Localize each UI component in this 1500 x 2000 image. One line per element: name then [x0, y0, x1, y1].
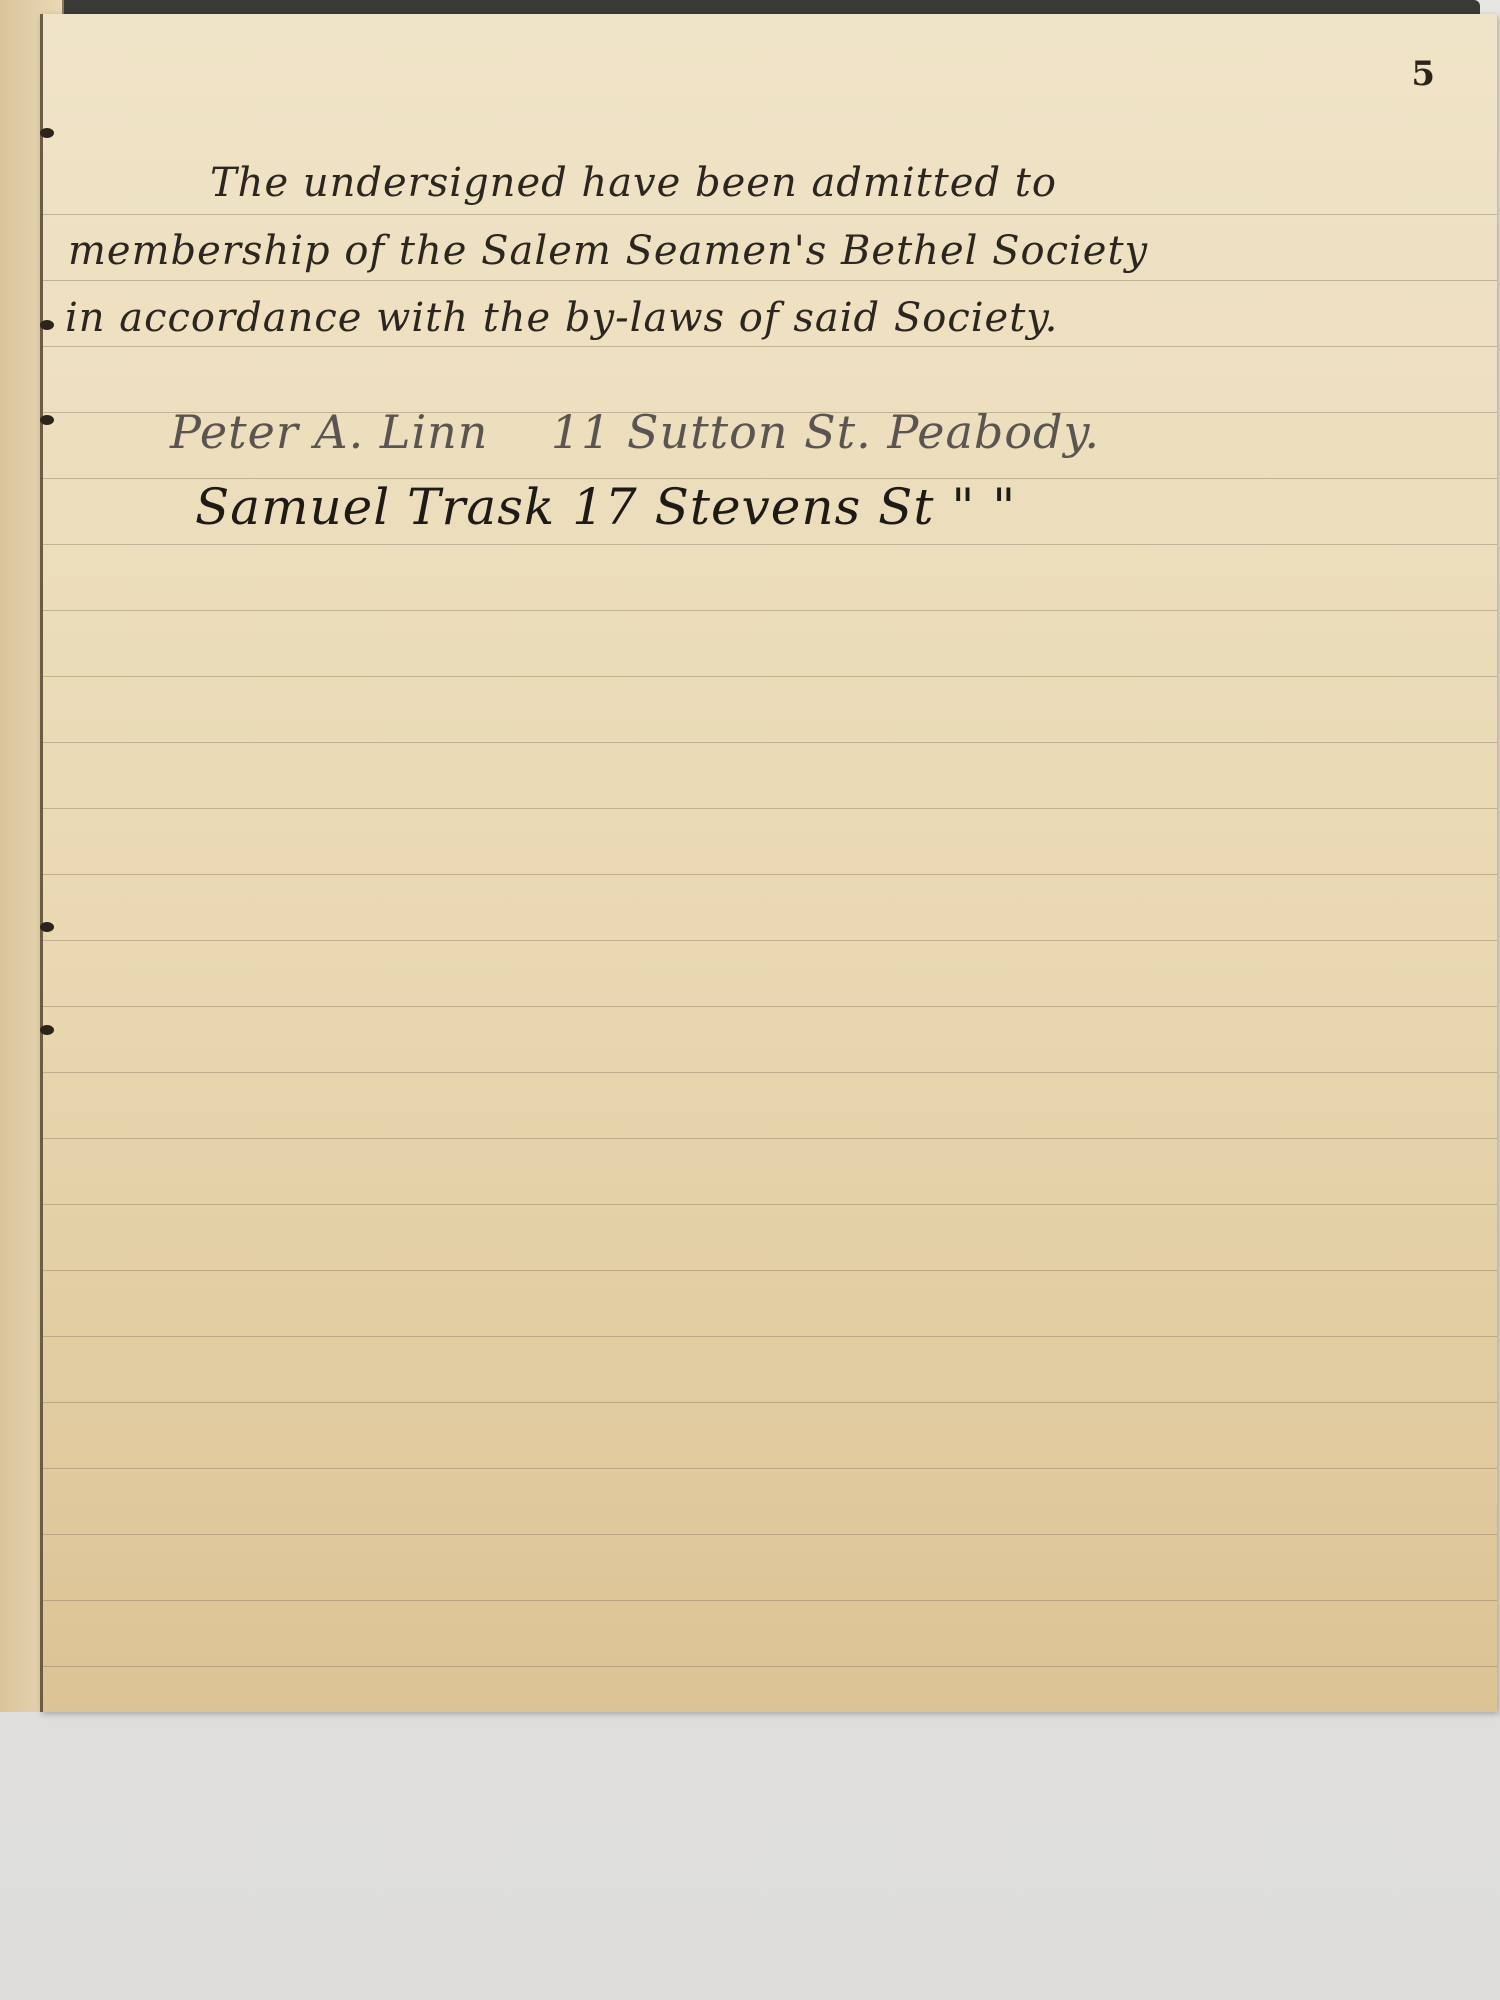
- ruled-line: [43, 1666, 1497, 1667]
- ruled-line: [43, 1468, 1497, 1469]
- preamble-line-1: The undersigned have been admitted to: [210, 160, 1057, 206]
- ruled-line: [43, 1138, 1497, 1139]
- ruled-line: [43, 1204, 1497, 1205]
- ruled-line: [43, 940, 1497, 941]
- ruled-line: [43, 544, 1497, 545]
- ruled-line: [43, 1600, 1497, 1601]
- ruled-line: [43, 610, 1497, 611]
- preamble-line-3: in accordance with the by-laws of said S…: [65, 295, 1058, 341]
- ruled-line: [43, 1534, 1497, 1535]
- ruled-line: [43, 346, 1497, 347]
- binding-stitch: [40, 415, 54, 425]
- member-entry-2: Samuel Trask 17 Stevens St " ": [195, 478, 1016, 536]
- binding-stitch: [40, 320, 54, 330]
- page-number: 5: [1411, 54, 1435, 94]
- ruled-line: [43, 808, 1497, 809]
- binding-stitch: [40, 128, 54, 138]
- binding-stitch: [40, 922, 54, 932]
- member-address: 17 Stevens St " ": [572, 478, 1016, 536]
- member-address: 11 Sutton St. Peabody.: [551, 405, 1100, 459]
- ruled-line: [43, 676, 1497, 677]
- preamble-line-2: membership of the Salem Seamen's Bethel …: [68, 228, 1148, 274]
- binding-stitch: [40, 1025, 54, 1035]
- ruled-line: [43, 1270, 1497, 1271]
- member-entry-1: Peter A. Linn 11 Sutton St. Peabody.: [170, 405, 1100, 459]
- ruled-line: [43, 742, 1497, 743]
- ruled-line: [43, 1402, 1497, 1403]
- member-name: Peter A. Linn: [170, 405, 488, 459]
- ruled-line: [43, 1072, 1497, 1073]
- ruled-line: [43, 874, 1497, 875]
- member-name: Samuel Trask: [195, 478, 555, 536]
- ruled-line: [43, 214, 1497, 215]
- ruled-line: [43, 280, 1497, 281]
- ruled-line: [43, 1336, 1497, 1337]
- ruled-line: [43, 1006, 1497, 1007]
